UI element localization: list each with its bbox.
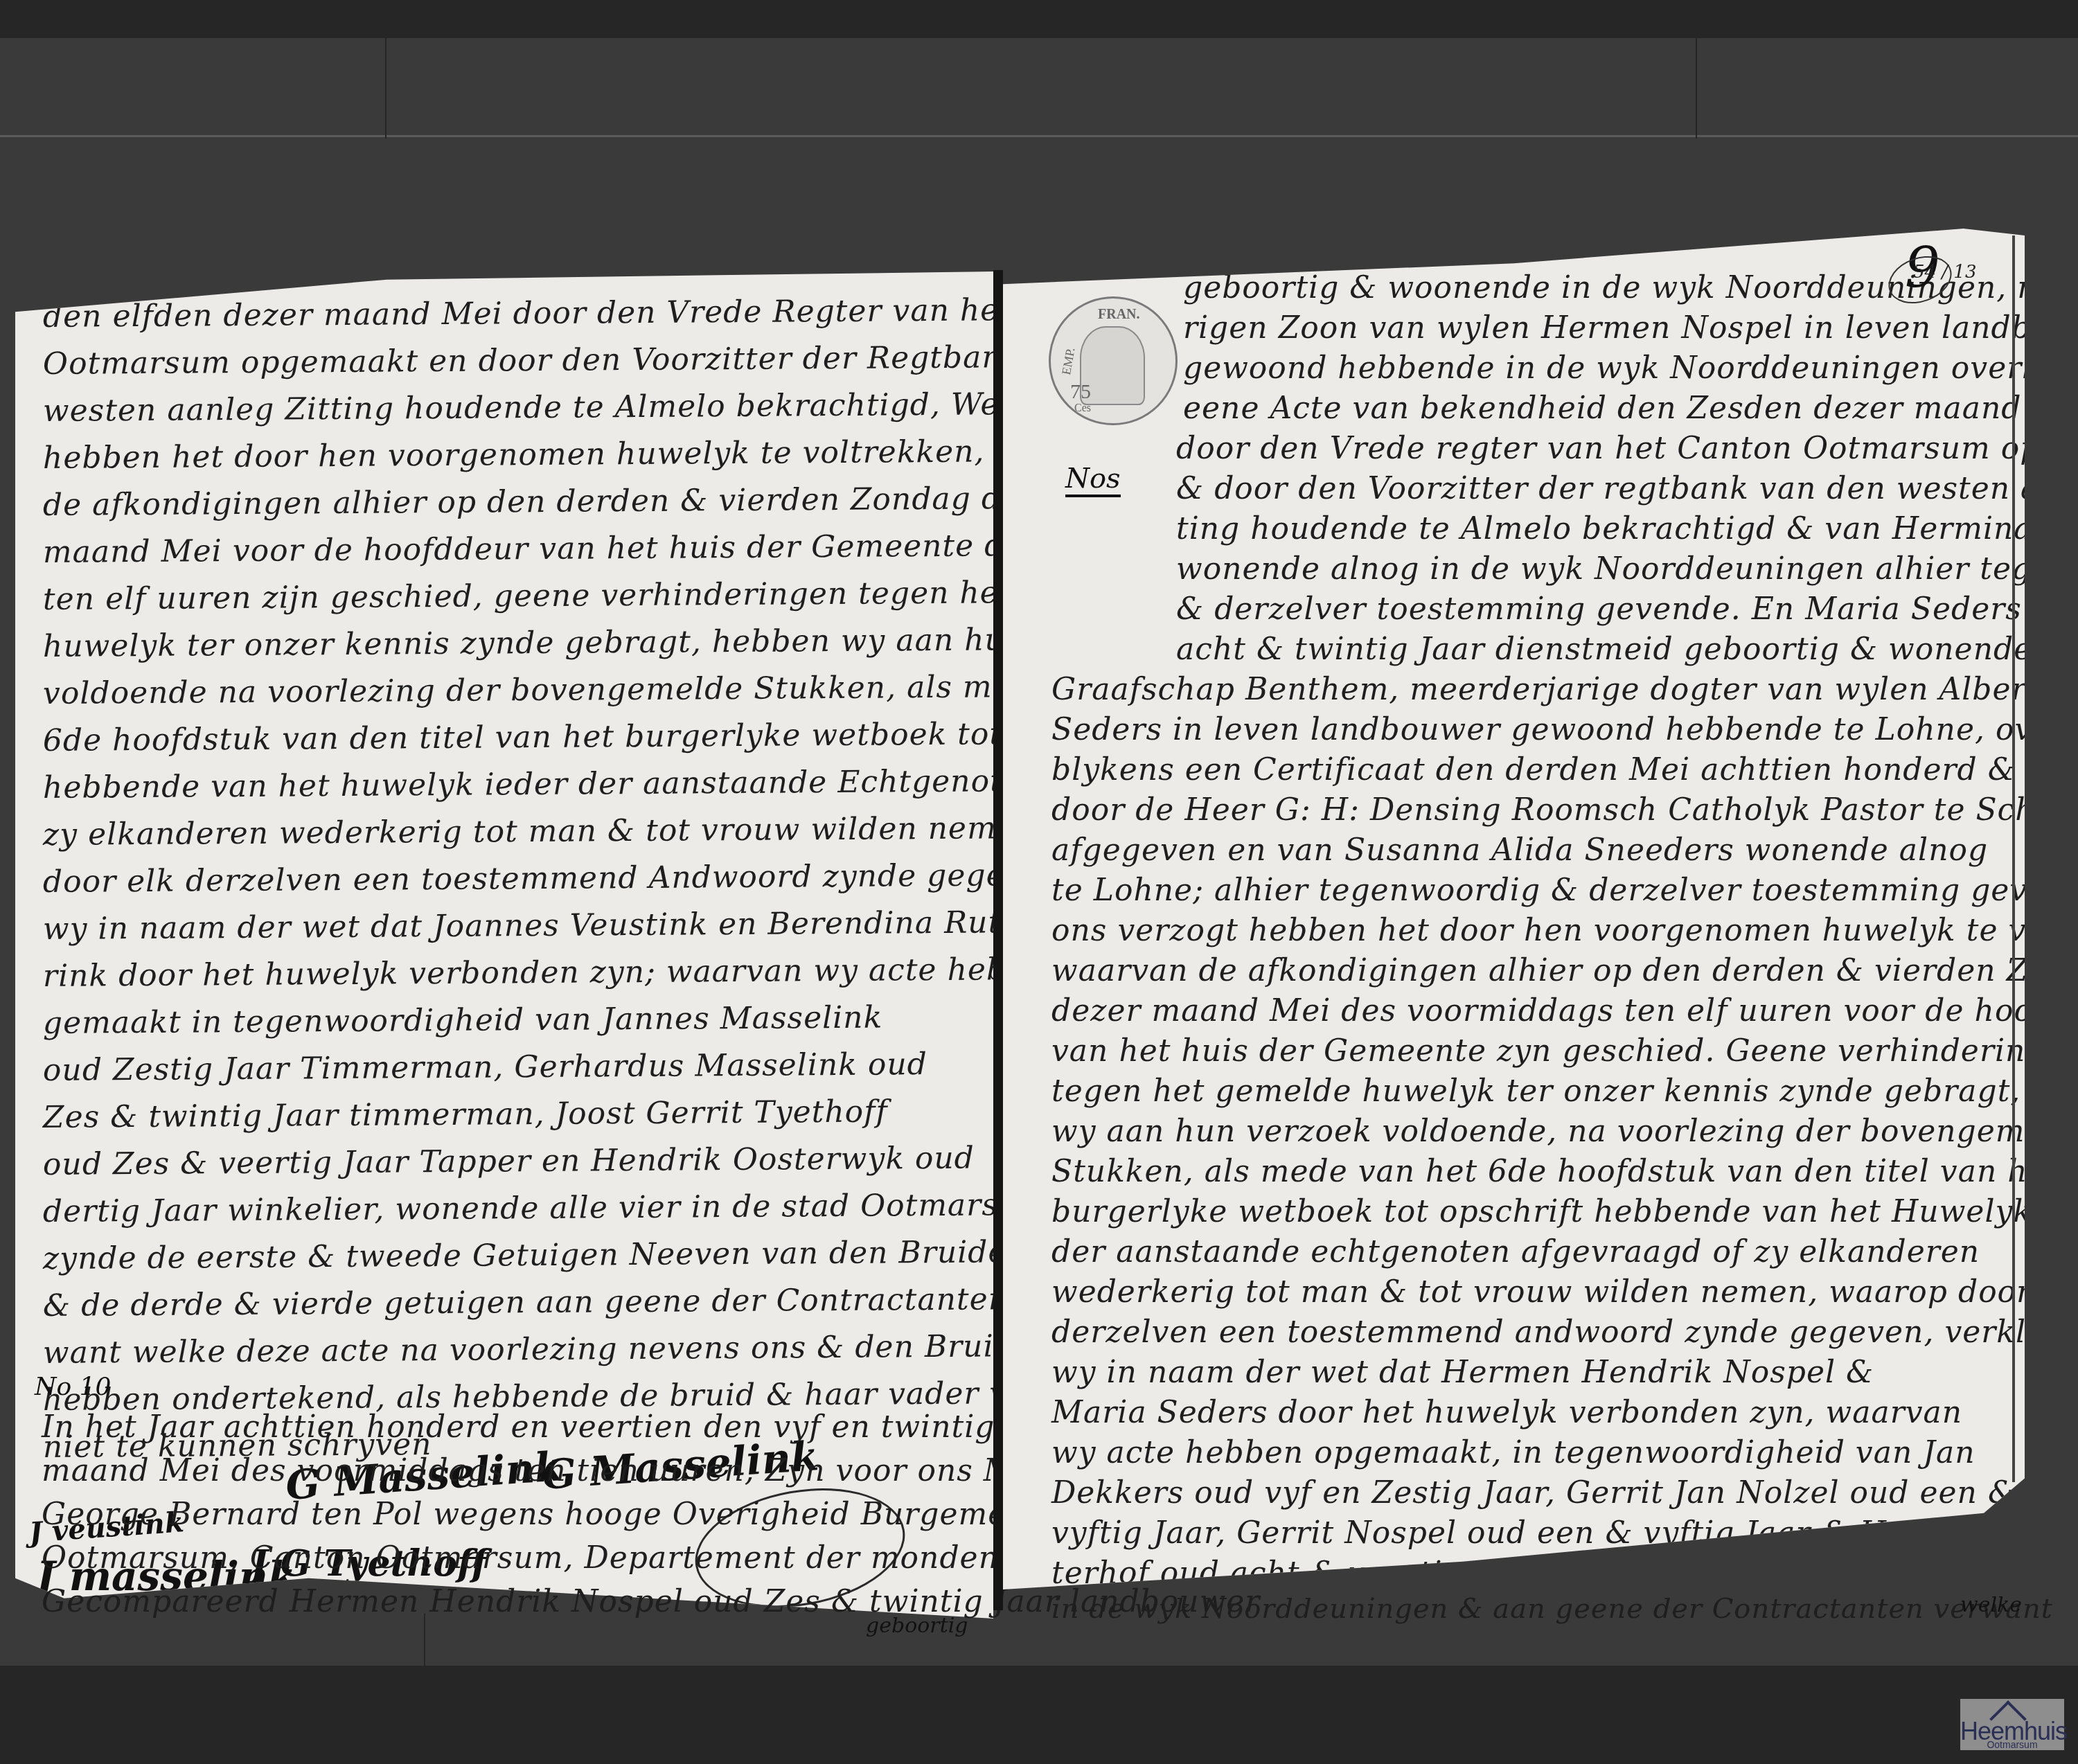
text-line: oud Zestig Jaar Timmerman, Gerhardus Mas… <box>43 1046 927 1088</box>
text-line: hebbende van het huwelyk ieder der aanst… <box>43 762 993 805</box>
text-line: rink door het huwelyk verbonden zyn; waa… <box>43 951 993 994</box>
text-line: voldoende na voorlezing der bovengemelde… <box>43 668 993 711</box>
text-line: tegen het gemelde huwelyk ter onzer kenn… <box>1051 1073 2025 1109</box>
text-line: acht & twintig Jaar dienstmeid geboortig… <box>1176 632 2025 667</box>
text-line: zynde de eerste & tweede Getuigen Neeven… <box>43 1234 993 1276</box>
text-line: van het huis der Gemeente zyn geschied. … <box>1051 1033 2025 1069</box>
text-line: & de derde & vierde getuigen aan geene d… <box>43 1281 993 1324</box>
text-line: oud Zes & veertig Jaar Tapper en Hendrik… <box>43 1141 975 1182</box>
text-line: want welke deze acte na voorlezing neven… <box>43 1328 993 1371</box>
text-line-with-names: wy in naam der wet dat Joannes Veustink … <box>43 905 993 947</box>
text-line: maand Mei voor de hoofddeur van het huis… <box>43 526 993 570</box>
catchword: geboortig <box>866 1614 968 1638</box>
margin-annotation: Nos <box>1065 463 1121 497</box>
logo-subtitle: Ootmarsum <box>1960 1739 2064 1750</box>
tax-stamp-seal: FRAN. EMP. 75 Ces <box>1049 296 1178 425</box>
text-line-with-groom-name: wy in naam der wet dat Hermen Hendrik No… <box>1051 1355 1874 1390</box>
text-line: Ootmarsum opgemaakt en door den Voorzitt… <box>43 339 993 382</box>
text-line: wy acte hebben opgemaakt, in tegenwoordi… <box>1051 1435 1975 1470</box>
background-seam <box>424 1614 425 1666</box>
text-line: Seders in leven landbouwer gewoond hebbe… <box>1051 712 2025 747</box>
text-line: derzelven een toestemmend andwoord zynde… <box>1051 1315 2025 1350</box>
page-stack-edge <box>2012 235 2015 1482</box>
text-line: blykens een Certificaat den derden Mei a… <box>1051 752 2025 787</box>
record-number: No 10 <box>35 1373 111 1401</box>
text-line: in de wyk Noorddeuningen & aan geene der… <box>1051 1593 2053 1625</box>
text-line: wederkerig tot man & tot vrouw wilden ne… <box>1051 1274 2025 1310</box>
text-line: wy aan hun verzoek voldoende, na voorlez… <box>1051 1114 2025 1149</box>
text-line: Zes & twintig Jaar timmerman, Joost Gerr… <box>43 1094 888 1135</box>
text-line: door elk derzelven een toestemmend Andwo… <box>43 856 993 900</box>
text-line: Stukken, als mede van het 6de hoofdstuk … <box>1051 1154 2025 1189</box>
text-line: & door den Voorzitter der regtbank van d… <box>1176 471 2025 506</box>
background-crease-line <box>0 135 2078 137</box>
heemhuis-watermark-logo: Heemhuis Ootmarsum <box>1960 1699 2064 1750</box>
text-line: wonende alnog in de wyk Noorddeuningen a… <box>1176 551 2025 587</box>
text-line: ten elf uuren zijn geschied, geene verhi… <box>43 574 993 617</box>
text-line: George Bernard ten Pol wegens hooge Over… <box>42 1497 1156 1532</box>
text-line: Dekkers oud vyf en Zestig Jaar, Gerrit J… <box>1051 1475 2016 1511</box>
text-line: afgegeven en van Susanna Alida Sneeders … <box>1051 832 1988 868</box>
text-line: maand Mei des voormiddags ten tien uuren… <box>42 1453 1031 1488</box>
book-gutter <box>993 270 1003 1610</box>
text-line: hebben het door hen voorgenomen huwelyk … <box>43 433 993 476</box>
background-seam <box>385 38 387 139</box>
text-line: burgerlyke wetboek tot opschrift hebbend… <box>1051 1194 2025 1229</box>
text-line: te Lohne; alhier tegenwoordig & derzelve… <box>1051 873 2025 908</box>
text-line-with-bride-name: & derzelver toestemming gevende. En Mari… <box>1176 591 2025 627</box>
text-line: gewoond hebbende in de wyk Noorddeuninge… <box>1183 350 2025 386</box>
text-line: In het Jaar achttien honderd en veertien… <box>42 1409 1128 1445</box>
text-line-with-bride-name: Maria Seders door het huwelyk verbonden … <box>1051 1395 1962 1430</box>
folio-mark: 54 / 13 <box>1913 262 1976 283</box>
stamp-top-text: FRAN. <box>1098 307 1140 323</box>
background-seam <box>1696 38 1697 139</box>
text-line: gemaakt in tegenwoordigheid van Jannes M… <box>43 1000 883 1041</box>
text-line: waarvan de afkondigingen alhier op den d… <box>1051 953 2025 988</box>
text-line: door de Heer G: H: Densing Roomsch Catho… <box>1051 792 2025 828</box>
text-line: dezer maand Mei des voormiddags ten elf … <box>1051 993 2025 1028</box>
text-line: zy elkanderen wederkerig tot man & tot v… <box>43 810 993 853</box>
text-line: den elfden dezer maand Mei door den Vred… <box>43 292 993 335</box>
stamp-unit: Ces <box>1074 402 1091 415</box>
text-line: ting houdende te Almelo bekrachtigd & va… <box>1176 511 2025 546</box>
right-page: geboortig & woonende in de wyk Noorddeun… <box>1003 229 2025 1617</box>
scanner-background-bottom <box>0 1666 2078 1764</box>
text-line: 6de hoofdstuk van den titel van het burg… <box>43 715 993 758</box>
text-line: der aanstaande echtgenoten afgevraagd of… <box>1051 1234 1980 1269</box>
stamp-side-text: EMP. <box>1059 346 1078 376</box>
text-line: de afkondigingen alhier op den derden & … <box>43 481 993 523</box>
text-line: ons verzogt hebben het door hen voorgeno… <box>1051 913 2025 948</box>
text-line: huwelyk ter onzer kennis zynde gebragt, … <box>43 621 993 664</box>
catchword: welke <box>1960 1593 2022 1617</box>
stamp-value: 75 <box>1070 380 1091 404</box>
text-line: door den Vrede regter van het Canton Oot… <box>1176 431 2025 466</box>
text-line: rigen Zoon van wylen Hermen Nospel in le… <box>1183 310 2025 346</box>
text-line: Graafschap Benthem, meerderjarige dogter… <box>1051 672 2025 707</box>
text-line: westen aanleg Zitting houdende te Almelo… <box>43 385 993 429</box>
text-line: eene Acte van bekendheid den Zesden deze… <box>1183 391 2025 426</box>
scanner-background-top <box>0 0 2078 38</box>
text-line: dertig Jaar winkelier, wonende alle vier… <box>43 1187 993 1229</box>
